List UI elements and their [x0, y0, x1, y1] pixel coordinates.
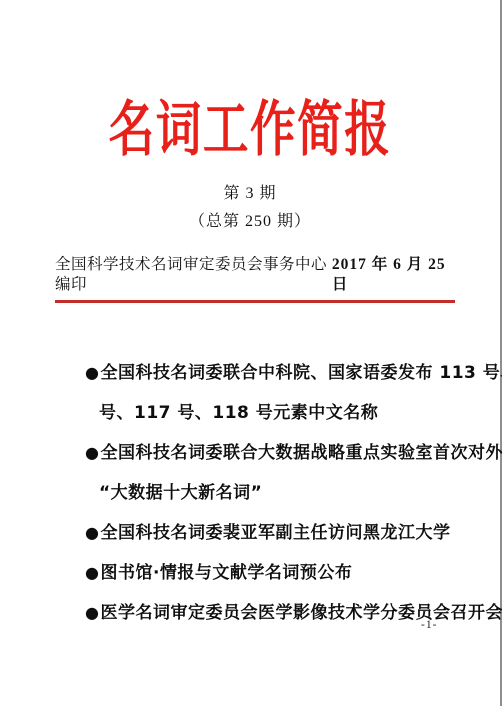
publish-date: 2017 年 6 月 25 日	[332, 255, 455, 295]
highlight-text-line: ●医学名词审定委员会医学影像技术学分委员会召开会议	[85, 593, 460, 633]
bullet-icon: ●	[85, 353, 99, 393]
publisher-line: 全国科学技术名词审定委员会事务中心编印 2017 年 6 月 25 日	[55, 255, 455, 303]
highlight-item: ●医学名词审定委员会医学影像技术学分委员会召开会议	[85, 593, 460, 633]
bullet-icon: ●	[85, 513, 99, 553]
highlight-item: ●全国科技名词委联合大数据战略重点实验室首次对外发布“大数据十大新名词”	[85, 433, 460, 513]
highlight-text-line: ●全国科技名词委联合中科院、国家语委发布 113 号、115	[85, 353, 460, 393]
issue-number: 第 3 期	[0, 183, 500, 205]
highlight-text-line: ●全国科技名词委联合大数据战略重点实验室首次对外发布	[85, 433, 460, 473]
highlight-text-line: ●图书馆·情报与文献学名词预公布	[85, 553, 460, 593]
highlight-text-line: “大数据十大新名词”	[85, 473, 460, 513]
highlights-list: ●全国科技名词委联合中科院、国家语委发布 113 号、115号、117 号、11…	[85, 353, 460, 633]
bullet-icon: ●	[85, 433, 99, 473]
highlight-item: ●全国科技名词委联合中科院、国家语委发布 113 号、115号、117 号、11…	[85, 353, 460, 433]
bullet-icon: ●	[85, 593, 99, 633]
publisher-name: 全国科学技术名词审定委员会事务中心编印	[55, 255, 332, 295]
highlight-item: ●全国科技名词委裴亚军副主任访问黑龙江大学	[85, 513, 460, 553]
highlight-text-line: ●全国科技名词委裴亚军副主任访问黑龙江大学	[85, 513, 460, 553]
bullet-icon: ●	[85, 553, 99, 593]
page-number: -1-	[421, 619, 437, 631]
cumulative-issue-number: （总第 250 期）	[0, 211, 500, 233]
highlight-item: ●图书馆·情报与文献学名词预公布	[85, 553, 460, 593]
highlight-text-line: 号、117 号、118 号元素中文名称	[85, 393, 460, 433]
bulletin-cover-page: 名词工作简报 第 3 期 （总第 250 期） 全国科学技术名词审定委员会事务中…	[0, 0, 502, 706]
bulletin-title: 名词工作简报	[60, 0, 440, 163]
